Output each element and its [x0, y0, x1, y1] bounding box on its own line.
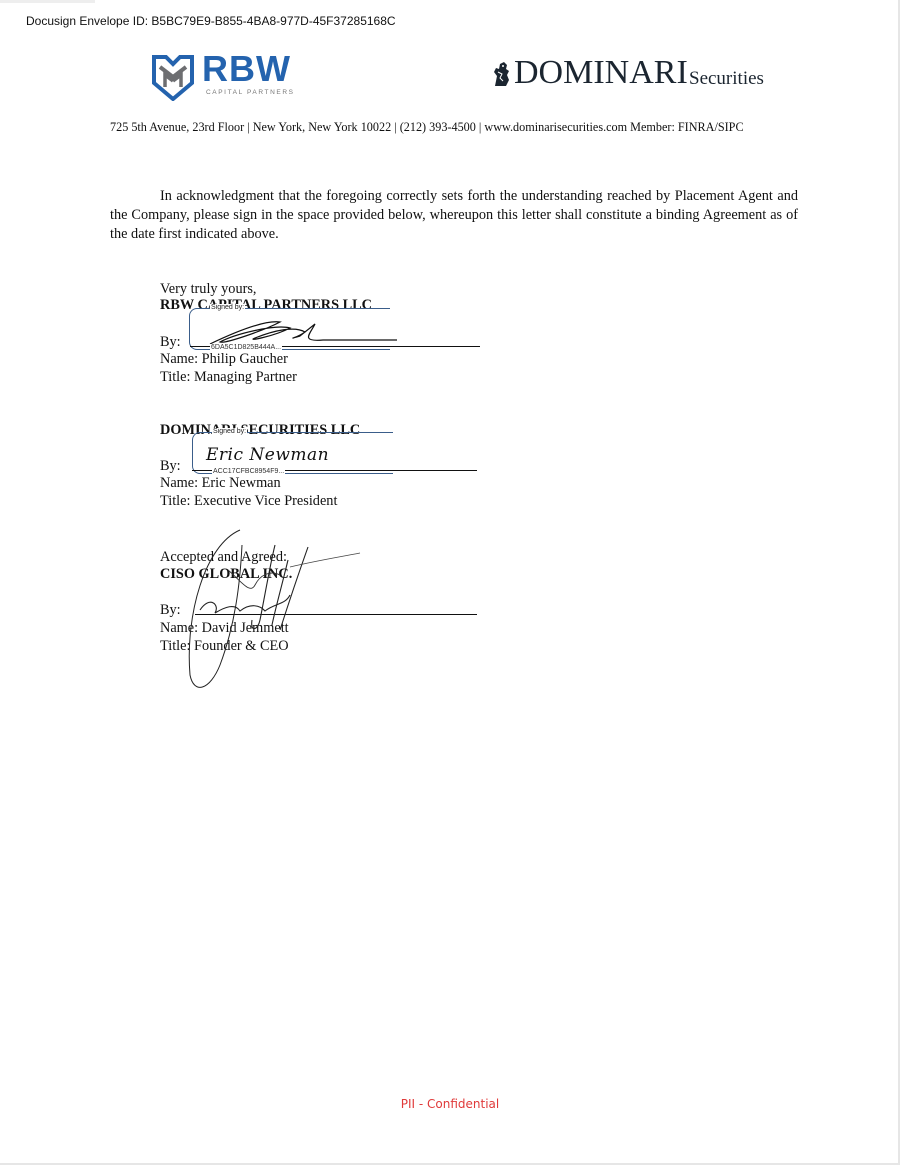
rbw-wordmark: RBW [202, 48, 291, 90]
ciso-by-label: By: [160, 602, 181, 619]
rbw-subtitle: CAPITAL PARTNERS [206, 89, 295, 96]
dominari-signer-name: Name: Eric Newman [160, 475, 281, 492]
dominari-docusign-label: Signed by: [212, 428, 247, 435]
rbw-docusign-label: Signed by: [210, 304, 245, 311]
rbw-by-label: By: [160, 334, 181, 351]
ciso-handwritten-signature [180, 525, 370, 695]
pii-confidential-footer: PII - Confidential [0, 1097, 900, 1111]
closing-salutation: Very truly yours, [160, 281, 257, 298]
shield-logo-icon [152, 53, 194, 101]
dominari-signer-title: Title: Executive Vice President [160, 493, 337, 510]
rbw-signer-name: Name: Philip Gaucher [160, 351, 288, 368]
pii-confidential-text: PII - Confidential [401, 1097, 500, 1111]
acknowledgment-paragraph: In acknowledgment that the foregoing cor… [110, 187, 798, 244]
dominari-docusign-hash: ACC17CFBC8954F9... [212, 468, 285, 475]
dominari-handwritten-signature: Eric Newman [206, 445, 329, 465]
dominari-by-label: By: [160, 458, 181, 475]
letterhead-address: 725 5th Avenue, 23rd Floor | New York, N… [110, 120, 810, 135]
docusign-envelope-id: Docusign Envelope ID: B5BC79E9-B855-4BA8… [26, 14, 396, 28]
rbw-signer-title: Title: Managing Partner [160, 369, 297, 386]
acknowledgment-text: In acknowledgment that the foregoing cor… [110, 188, 798, 242]
dominari-securities-text: Securities [689, 68, 764, 90]
lion-crest-icon [492, 60, 512, 88]
dominari-wordmark: DOMINARI [514, 54, 688, 92]
rbw-logo: RBW CAPITAL PARTNERS [152, 53, 302, 103]
scan-edge-top [0, 0, 95, 3]
rbw-docusign-hash: 6DA5C1D825B444A... [210, 344, 282, 351]
